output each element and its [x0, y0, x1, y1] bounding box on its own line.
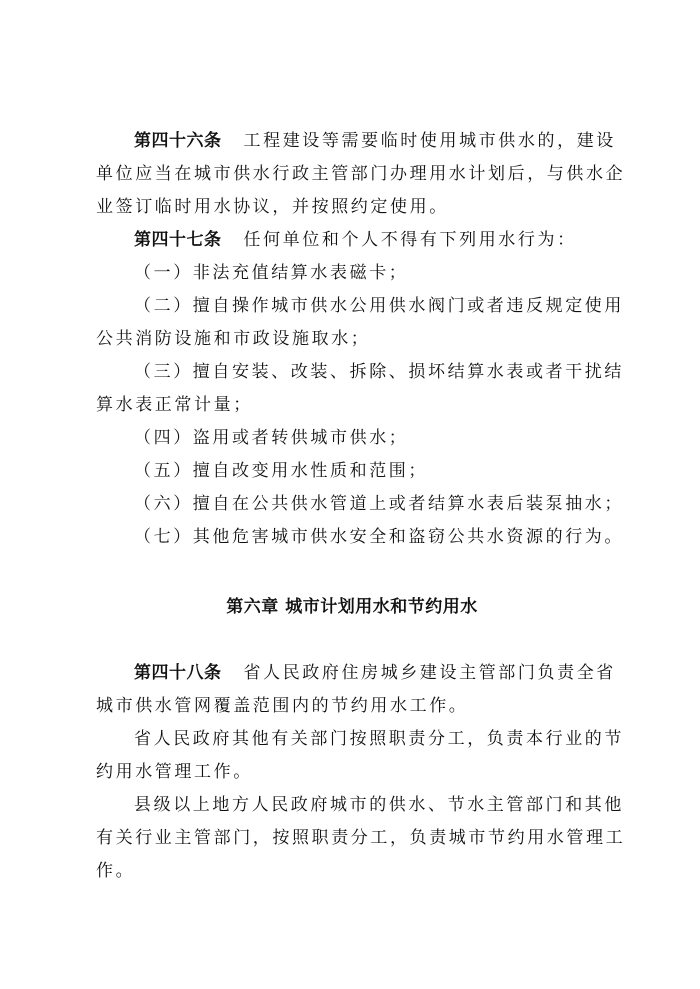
article-47-item-6: （六）擅自在公共供水管道上或者结算水表后装泵抽水； — [134, 488, 624, 520]
article-47-line-1: 第四十七条任何单位和个人不得有下列用水行为： — [134, 224, 577, 256]
article-48-line-1: 第四十八条省人民政府住房城乡建设主管部门负责全省 — [134, 657, 616, 689]
article-48-line-7: 作。 — [96, 855, 135, 887]
article-46-text: 工程建设等需要临时使用城市供水的，建设 — [244, 131, 616, 151]
article-47-item-1: （一）非法充值结算水表磁卡； — [134, 257, 408, 289]
article-47-intro: 任何单位和个人不得有下列用水行为： — [244, 230, 577, 250]
article-47-item-2: （二）擅自操作城市供水公用供水阀门或者违反规定使用 — [134, 290, 624, 322]
article-48-heading: 第四十八条 — [134, 663, 222, 683]
article-46-line-3: 业签订临时用水协议，并按照约定使用。 — [96, 191, 449, 223]
article-47-item-7: （七）其他危害城市供水安全和盗窃公共水资源的行为。 — [134, 521, 624, 553]
article-47-item-5: （五）擅自改变用水性质和范围； — [134, 455, 428, 487]
article-48-line-3: 省人民政府其他有关部门按照职责分工，负责本行业的节 — [134, 723, 624, 755]
article-47-item-3: （三）擅自安装、改装、拆除、损坏结算水表或者干扰结 — [134, 356, 624, 388]
article-48-line-2: 城市供水管网覆盖范围内的节约用水工作。 — [96, 690, 468, 722]
article-47-item-4: （四）盗用或者转供城市供水； — [134, 422, 408, 454]
chapter-title: 第六章 城市计划用水和节约用水 — [96, 591, 608, 623]
article-47-heading: 第四十七条 — [134, 230, 222, 250]
article-48-text: 省人民政府住房城乡建设主管部门负责全省 — [244, 663, 616, 683]
article-48-line-5: 县级以上地方人民政府城市的供水、节水主管部门和其他 — [134, 789, 624, 821]
article-46-heading: 第四十六条 — [134, 131, 222, 151]
article-47-item-3-cont: 算水表正常计量； — [96, 389, 253, 421]
article-46-line-1: 第四十六条工程建设等需要临时使用城市供水的，建设 — [134, 125, 616, 157]
article-46-line-2: 单位应当在城市供水行政主管部门办理用水计划后，与供水企 — [96, 158, 625, 190]
article-47-item-2-cont: 公共消防设施和市政设施取水； — [96, 323, 370, 355]
article-48-line-6: 有关行业主管部门，按照职责分工，负责城市节约用水管理工 — [96, 822, 625, 854]
article-48-line-4: 约用水管理工作。 — [96, 756, 253, 788]
